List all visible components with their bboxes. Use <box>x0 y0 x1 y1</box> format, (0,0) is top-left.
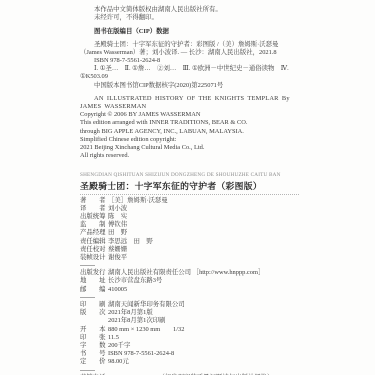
divider <box>80 370 95 371</box>
publishing-value: 410005 <box>108 286 127 294</box>
credit-value: ［美］詹姆斯·沃瑟曼 <box>108 197 168 205</box>
printing-row: 开 本 880 mm × 1230 mm 1/32 <box>80 326 299 334</box>
printing-row: 印 刷 湖南天闻新华印务有限公司 <box>80 301 299 309</box>
cip-heading: 图书在版编目（CIP）数据 <box>80 28 299 36</box>
credit-label: 责任编辑 <box>80 238 108 246</box>
english-copyright-block: AN ILLUSTRATED HISTORY OF THE KNIGHTS TE… <box>80 95 299 161</box>
printing-value: 湖南天闻新华印务有限公司 <box>108 301 185 309</box>
credit-row: 责任编辑 李思远 田 野 <box>80 238 299 246</box>
title-pinyin: SHENGDIAN QISHITUAN SHIZIJUN DONGZHENG D… <box>80 171 299 179</box>
credit-row: 著 者 ［美］詹姆斯·沃瑟曼 <box>80 197 299 205</box>
credit-row: 译 者 刘小波 <box>80 205 299 213</box>
credit-value: 李思远 田 野 <box>108 238 153 246</box>
credit-label: 译 者 <box>80 205 108 213</box>
printing-label: 字 数 <box>80 342 108 350</box>
publishing-label: 地 址 <box>80 277 108 285</box>
printing-value: 11.5 <box>108 334 119 342</box>
english-copyright-line: Copyright © 2006 BY JAMES WASSERMAN <box>80 111 299 119</box>
english-title: AN ILLUSTRATED HISTORY OF THE KNIGHTS TE… <box>80 95 299 111</box>
printing-block: 印 刷 湖南天闻新华印务有限公司 版 次 2021年8月第1版 2021年8月第… <box>80 301 299 367</box>
publishing-label: 邮 编 <box>80 286 108 294</box>
rights-notice-line: 未经许可，不得翻印。 <box>80 14 299 22</box>
credit-label: 装帧设计 <box>80 254 108 262</box>
credit-label: 产品经理 <box>80 229 108 237</box>
printing-row: 字 数 200千字 <box>80 342 299 350</box>
credit-label: 责任校对 <box>80 246 108 254</box>
english-copyright-line: Simplified Chinese edition copyright: <box>80 136 299 144</box>
publishing-value: 长沙市营盘东路3号 <box>108 277 162 285</box>
printing-value: 200千字 <box>108 342 130 350</box>
credit-row: 装帧设计 谢俊平 <box>80 254 299 262</box>
divider <box>80 194 299 195</box>
printing-label: 印 张 <box>80 334 108 342</box>
printing-value: 2021年8月第1次印刷 <box>108 317 166 325</box>
credit-value: 谢俊平 <box>108 254 127 262</box>
rights-notice-line: 本作品中文简体版权由湖南人民出版社所有。 <box>80 6 299 14</box>
printing-label: 版 次 <box>80 309 108 317</box>
credit-value: 蔡姗姗 <box>108 246 127 254</box>
publishing-block: 出版发行 湖南人民出版社有限责任公司 ［http://www.hnppp.com… <box>80 269 299 294</box>
english-copyright-line: through BIG APPLE AGENCY, INC., LABUAN, … <box>80 128 299 136</box>
printing-label: 开 本 <box>80 326 108 334</box>
credit-row: 产品经理 田 野 <box>80 229 299 237</box>
publishing-row: 地 址 长沙市营盘东路3号 <box>80 277 299 285</box>
credits-block: 著 者 ［美］詹姆斯·沃瑟曼 译 者 刘小波 出版统筹 陈 实 监 制 傅钦伟 … <box>80 197 299 263</box>
cip-record-number: 中国版本图书馆CIP数据核字(2020)第225071号 <box>80 82 299 90</box>
printing-row: 2021年8月第1次印刷 <box>80 317 299 325</box>
printing-label: 印 刷 <box>80 301 108 309</box>
book-title: 圣殿骑士团：十字军东征的守护者（彩图版） <box>80 181 299 192</box>
printing-value: 98.00元 <box>108 358 129 366</box>
credit-label: 著 者 <box>80 197 108 205</box>
printing-row: 定 价 98.00元 <box>80 358 299 366</box>
copyright-page: 本作品中文简体版权由湖南人民出版社所有。 未经许可，不得翻印。 图书在版编目（C… <box>0 0 375 375</box>
credit-value: 刘小波 <box>108 205 127 213</box>
divider <box>80 297 95 298</box>
english-copyright-line: 2021 Beijing Xinchang Cultural Media Co.… <box>80 144 299 152</box>
credit-value: 田 野 <box>108 229 127 237</box>
credit-row: 责任校对 蔡姗姗 <box>80 246 299 254</box>
english-copyright-line: All rights reserved. <box>80 152 299 160</box>
printing-label: 定 价 <box>80 358 108 366</box>
printing-row: 印 张 11.5 <box>80 334 299 342</box>
divider <box>80 265 95 266</box>
cip-entry: 圣殿骑士团：十字军东征的守护者：彩图版 /（美）詹姆斯·沃瑟曼（James Wa… <box>80 41 299 57</box>
publishing-row: 邮 编 410005 <box>80 286 299 294</box>
english-copyright-line: This edition arranged with INNER TRADITI… <box>80 119 299 127</box>
printing-value: 880 mm × 1230 mm 1/32 <box>108 326 184 334</box>
cip-classification: Ⅰ. ①圣… Ⅱ. ①詹… ②刘… Ⅲ. ①欧洲－中世纪史－通俗读物 Ⅳ. ①K… <box>80 65 299 81</box>
cip-isbn: ISBN 978-7-5561-2624-8 <box>80 57 299 65</box>
